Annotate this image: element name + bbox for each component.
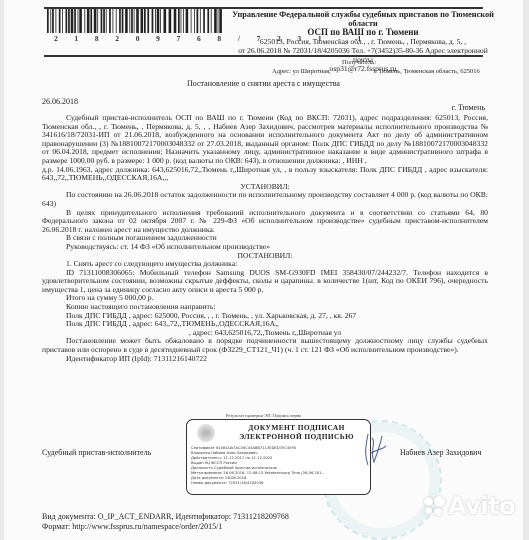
stamp-title-line-1: ДОКУМЕНТ ПОДПИСАН xyxy=(227,423,366,432)
signature-check-result: Результат проверки ЭП: Подпись верна xyxy=(4,413,523,418)
document-title: Постановление о снятии ареста с имуществ… xyxy=(4,79,523,88)
document-date: 26.06.2018 xyxy=(42,97,78,106)
established-paragraph-1: По состоянию на 26.06.2018 остаток задол… xyxy=(42,191,488,208)
document-footer: Вид документа: O_IP_ACT_ENDARR, Идентифи… xyxy=(42,512,289,531)
stamp-title-line-2: ЭЛЕКТРОННОЙ ПОДПИСЬЮ xyxy=(227,432,366,441)
stamp-title: ДОКУМЕНТ ПОДПИСАН ЭЛЕКТРОННОЙ ПОДПИСЬЮ xyxy=(227,423,366,441)
header-rule-bottom xyxy=(44,55,483,57)
signer-role: Судебный пристав-исполнитель xyxy=(42,448,151,457)
document-body: Судебный пристав-исполнитель ОСП по ВАШ … xyxy=(42,114,488,363)
recipient-label: Получатель: xyxy=(342,58,376,67)
barcode-number: 2 1 8 2 0 9 7 6 8 / 7 2 3 1 - 1 xyxy=(54,34,218,43)
signer-name: Набиев Азер Захидович xyxy=(400,448,482,457)
e-signature-stamp: ДОКУМЕНТ ПОДПИСАН ЭЛЕКТРОННОЙ ПОДПИСЬЮ С… xyxy=(186,419,371,495)
handwritten-signature-icon xyxy=(362,432,388,468)
org-department: ОСП по ВАШ по г. Тюмени xyxy=(232,28,494,37)
stamp-details: Сертификат 61081DA7AC40C43A8B7113EDED70C… xyxy=(191,446,325,486)
document-page: 2 1 8 2 0 9 7 6 8 / 7 2 3 1 - 1 Управлен… xyxy=(4,0,523,540)
document-type: Вид документа: O_IP_ACT_ENDARR, Идентифи… xyxy=(42,512,289,522)
barcode-icon xyxy=(47,9,225,33)
org-name: Управление Федеральной службы судебных п… xyxy=(232,10,494,28)
document-format: Формат: http://www.fssprus.ru/namespace/… xyxy=(42,522,289,532)
recipient-address: Адрес: ул Широтная, xyxy=(272,67,331,76)
appeal-paragraph: Постановление может быть обжаловано в по… xyxy=(42,337,488,354)
org-address: 625013, Россия, Тюменская обл., , г. Тюм… xyxy=(232,37,494,46)
document-place: г. Тюмень xyxy=(452,103,485,112)
avito-logo-icon xyxy=(424,496,446,516)
intro-paragraph: Судебный пристав-исполнитель ОСП по ВАШ … xyxy=(42,114,488,166)
coat-of-arms-icon xyxy=(197,424,215,442)
established-paragraph-2: В целях принудительного исполнения требо… xyxy=(42,209,488,235)
stamp-doc-number: Номер документа: 72031/18/4205036 xyxy=(191,481,325,486)
ip-identifier: Идентификатор ИП (IpId): 71311216140722 xyxy=(42,355,488,364)
recipient-city: г Тюмень, Тюменская область, 625016 xyxy=(374,67,480,76)
avito-watermark: Avito xyxy=(424,492,515,520)
avito-wordmark: Avito xyxy=(448,492,515,520)
resolved-property: ID 71311008306065: Мобильный телефон Sam… xyxy=(42,269,488,295)
intro-continuation: д.р. 14.06.1963, адрес должника: 643,625… xyxy=(42,166,488,183)
